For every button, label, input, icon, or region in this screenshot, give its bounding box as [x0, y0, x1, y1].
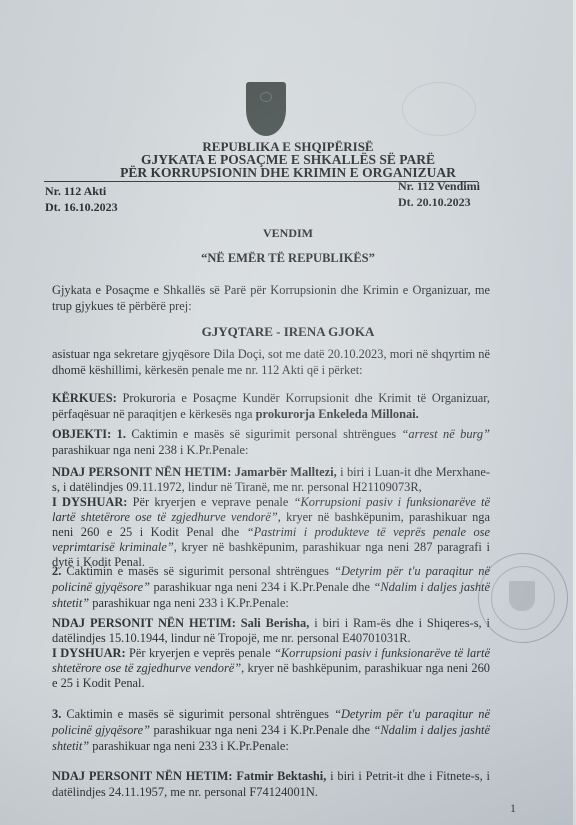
object-item-3: 3. Caktimin e masës së sigurimit persona…	[52, 706, 490, 754]
faint-stamp-icon	[402, 82, 476, 136]
object-text: Caktimin e masës së sigurimit personal s…	[61, 707, 334, 721]
decision-reference: Nr. 112 Vendimi Dt. 20.10.2023	[398, 178, 480, 210]
judge-name: GJYQTARE - IRENA GJOKA	[0, 324, 576, 340]
decision-date: Dt. 20.10.2023	[398, 194, 480, 210]
object-label: OBJEKTI:	[52, 427, 111, 441]
act-number: Nr. 112 Akti	[45, 183, 118, 199]
object-number: 1.	[117, 427, 126, 441]
object-item-2: 2. Caktimin e masës së sigurimit persona…	[52, 563, 490, 611]
subject-name: Jamarbër Malltezi,	[235, 465, 337, 479]
object-text: Caktimin e masës së sigurimit personal s…	[126, 427, 402, 441]
decision-number: Nr. 112 Vendimi	[398, 178, 480, 194]
subject-block-2: NDAJ PERSONIT NËN HETIM: Sali Berisha, i…	[52, 616, 490, 691]
page-number: 1	[510, 801, 516, 816]
assisted-paragraph: asistuar nga sekretare gjyqësore Dila Do…	[52, 346, 490, 378]
act-reference: Nr. 112 Akti Dt. 16.10.2023	[45, 183, 118, 215]
subject-label: NDAJ PERSONIT NËN HETIM:	[52, 616, 236, 630]
object-text: parashikuar nga neni 234 i K.Pr.Penale d…	[150, 723, 373, 737]
object-text: parashikuar nga neni 234 i K.Pr.Penale d…	[150, 580, 373, 594]
intro-paragraph: Gjykata e Posaçme e Shkallës së Parë për…	[52, 282, 490, 314]
object-text: parashikuar nga neni 238 i K.Pr.Penale:	[52, 443, 248, 457]
act-date: Dt. 16.10.2023	[45, 199, 118, 215]
object-text: parashikuar nga neni 233 i K.Pr.Penale:	[89, 596, 289, 610]
albanian-coat-of-arms-icon	[246, 82, 286, 136]
object-number: 2.	[52, 564, 61, 578]
object-number: 3.	[52, 707, 61, 721]
requester-label: KËRKUES:	[52, 391, 117, 405]
requester-paragraph: KËRKUES: Prokuroria e Posaçme Kundër Kor…	[52, 390, 490, 422]
document-subtitle: “NË EMËR TË REPUBLIKËS”	[0, 251, 576, 266]
object-text: parashikuar nga neni 233 i K.Pr.Penale:	[89, 739, 289, 753]
measure-name: “arrest në burg”	[402, 427, 490, 441]
suspect-label: I DYSHUAR:	[52, 646, 126, 660]
charge-intro: Për kryerjen e veprave penale	[127, 495, 293, 509]
suspect-label: I DYSHUAR:	[52, 495, 127, 509]
court-seal-icon	[478, 553, 568, 643]
subject-label: NDAJ PERSONIT NËN HETIM:	[52, 465, 231, 479]
object-item-1: OBJEKTI: 1. Caktimin e masës së sigurimi…	[52, 426, 490, 458]
subject-name: Sali Berisha,	[241, 616, 310, 630]
subject-label: NDAJ PERSONIT NËN HETIM:	[52, 769, 233, 783]
object-text: Caktimin e masës së sigurimit personal s…	[61, 564, 334, 578]
subject-block-3: NDAJ PERSONIT NËN HETIM: Fatmir Bektashi…	[52, 768, 490, 800]
prosecutor-name: prokurorja Enkeleda Millonai.	[256, 407, 419, 421]
charge-intro: Për kryerjen e veprës penale	[126, 646, 274, 660]
document-title: VENDIM	[0, 226, 576, 241]
subject-name: Fatmir Bektashi,	[236, 769, 326, 783]
document-page: REPUBLIKA E SHQIPËRISË GJYKATA E POSAÇME…	[0, 0, 576, 825]
subject-block-1: NDAJ PERSONIT NËN HETIM: Jamarbër Mallte…	[52, 465, 490, 570]
court-heading-line2: PËR KORRUPSIONIN DHE KRIMIN E ORGANIZUAR	[0, 165, 576, 181]
